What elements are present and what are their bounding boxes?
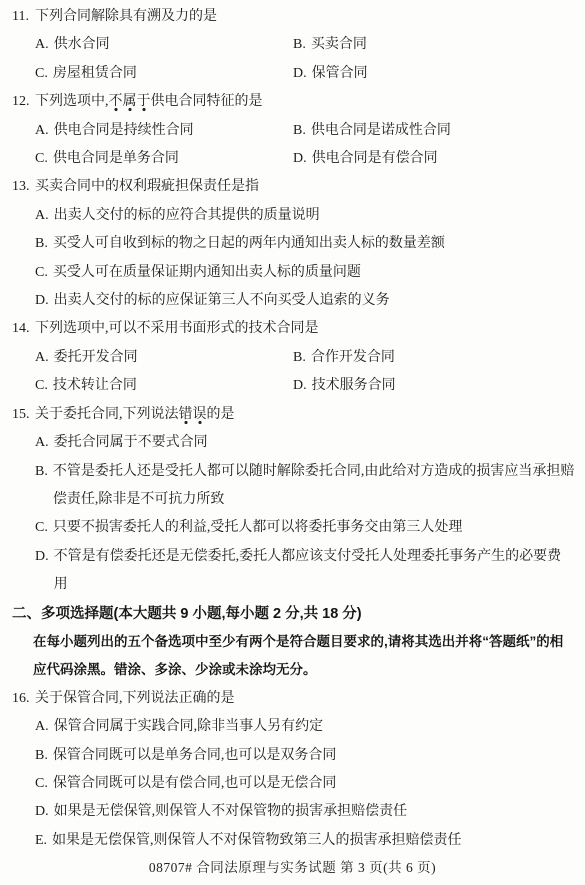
option-label: A. <box>35 202 49 230</box>
options: A.供水合同B.买卖合同C.房屋租赁合同D.保管合同 <box>12 31 575 88</box>
option-label: B. <box>35 230 48 258</box>
option-label: B. <box>35 742 48 770</box>
option-text: 出卖人交付的标的应保证第三人不向买受人追索的义务 <box>54 287 575 315</box>
stem-part: 供电合同特征的是 <box>151 94 263 109</box>
option-row: C.技术转让合同D.技术服务合同 <box>35 372 575 400</box>
option-label: C. <box>35 372 48 400</box>
option-b: B.不管是委托人还是受托人都可以随时解除委托合同,由此给对方造成的损害应当承担赔… <box>35 458 575 515</box>
option-label: B. <box>293 117 306 145</box>
question-12: 12.下列选项中,不属于供电合同特征的是A.供电合同是持续性合同B.供电合同是诺… <box>12 88 575 173</box>
option-text: 保管合同既可以是有偿合同,也可以是无偿合同 <box>53 770 575 798</box>
stem-part: 关于保管合同,下列说法正确的是 <box>35 691 235 706</box>
option-text: 合作开发合同 <box>311 344 395 372</box>
option-row: C.供电合同是单务合同D.供电合同是有偿合同 <box>35 145 575 173</box>
option-d: D.不管是有偿委托还是无偿委托,委托人都应该支付受托人处理委托事务产生的必要费用 <box>35 543 575 600</box>
options: A.出卖人交付的标的应符合其提供的质量说明B.买受人可自收到标的物之日起的两年内… <box>12 202 575 316</box>
option-text: 只要不损害委托人的利益,受托人都可以将委托事务交由第三人处理 <box>53 514 575 542</box>
question-number: 11. <box>12 3 35 31</box>
option-label: A. <box>35 429 49 457</box>
option-text: 技术服务合同 <box>312 372 396 400</box>
option-text: 买受人可在质量保证期内通知出卖人标的质量问题 <box>53 259 575 287</box>
option-row: A.委托开发合同B.合作开发合同 <box>35 344 575 372</box>
option-text: 如果是无偿保管,则保管人不对保管物的损害承担赔偿责任 <box>54 798 575 826</box>
option-b: B.合作开发合同 <box>293 344 395 372</box>
stem-part: 下列选项中,可以不采用书面形式的技术合同是 <box>35 321 319 336</box>
question-number: 12. <box>12 88 35 116</box>
question-stem: 15.关于委托合同,下列说法错误的是 <box>12 401 575 429</box>
option-label: B. <box>293 344 306 372</box>
option-d: D.技术服务合同 <box>293 372 396 400</box>
option-b: B.保管合同既可以是单务合同,也可以是双务合同 <box>35 742 575 770</box>
option-text: 委托开发合同 <box>54 344 293 372</box>
option-label: C. <box>35 145 48 173</box>
question-13: 13.买卖合同中的权利瑕疵担保责任是指A.出卖人交付的标的应符合其提供的质量说明… <box>12 173 575 315</box>
question-11: 11.下列合同解除具有溯及力的是A.供水合同B.买卖合同C.房屋租赁合同D.保管… <box>12 3 575 88</box>
option-a: A.出卖人交付的标的应符合其提供的质量说明 <box>35 202 575 230</box>
option-text: 保管合同 <box>312 60 368 88</box>
question-number: 15. <box>12 401 35 429</box>
question-14: 14.下列选项中,可以不采用书面形式的技术合同是A.委托开发合同B.合作开发合同… <box>12 315 575 400</box>
question-number: 14. <box>12 315 35 343</box>
options: A.供电合同是持续性合同B.供电合同是诺成性合同C.供电合同是单务合同D.供电合… <box>12 117 575 174</box>
option-text: 出卖人交付的标的应符合其提供的质量说明 <box>54 202 575 230</box>
option-label: E. <box>35 827 47 855</box>
option-a: A.委托合同属于不要式合同 <box>35 429 575 457</box>
option-row: A.供电合同是持续性合同B.供电合同是诺成性合同 <box>35 117 575 145</box>
page-footer: 08707# 合同法原理与实务试题 第 3 页(共 6 页) <box>0 856 585 876</box>
option-text: 房屋租赁合同 <box>53 60 293 88</box>
option-d: D.出卖人交付的标的应保证第三人不向买受人追索的义务 <box>35 287 575 315</box>
option-text: 不管是有偿委托还是无偿委托,委托人都应该支付受托人处理委托事务产生的必要费用 <box>54 543 575 600</box>
option-label: C. <box>35 770 48 798</box>
question-stem-text: 买卖合同中的权利瑕疵担保责任是指 <box>35 173 575 201</box>
option-text: 买受人可自收到标的物之日起的两年内通知出卖人标的数量差额 <box>53 230 575 258</box>
option-d: D.如果是无偿保管,则保管人不对保管物的损害承担赔偿责任 <box>35 798 575 826</box>
option-label: D. <box>293 60 307 88</box>
option-text: 保管合同属于实践合同,除非当事人另有约定 <box>54 713 575 741</box>
stem-part: 下列合同解除具有溯及力的是 <box>35 9 217 24</box>
option-a: A.委托开发合同 <box>35 344 293 372</box>
option-label: C. <box>35 514 48 542</box>
option-text: 供电合同是单务合同 <box>53 145 293 173</box>
options: A.委托合同属于不要式合同B.不管是委托人还是受托人都可以随时解除委托合同,由此… <box>12 429 575 599</box>
option-text: 供水合同 <box>54 31 293 59</box>
option-label: A. <box>35 31 49 59</box>
question-stem: 16.关于保管合同,下列说法正确的是 <box>12 685 575 713</box>
question-stem: 14.下列选项中,可以不采用书面形式的技术合同是 <box>12 315 575 343</box>
option-b: B.买受人可自收到标的物之日起的两年内通知出卖人标的数量差额 <box>35 230 575 258</box>
option-a: A.供电合同是持续性合同 <box>35 117 293 145</box>
option-row: C.房屋租赁合同D.保管合同 <box>35 60 575 88</box>
option-text: 买卖合同 <box>311 31 367 59</box>
options: A.委托开发合同B.合作开发合同C.技术转让合同D.技术服务合同 <box>12 344 575 401</box>
emphasized-text: 不属于 <box>109 94 151 112</box>
question-number: 16. <box>12 685 35 713</box>
question-stem-text: 关于委托合同,下列说法错误的是 <box>35 401 575 429</box>
option-row: A.供水合同B.买卖合同 <box>35 31 575 59</box>
question-stem-text: 关于保管合同,下列说法正确的是 <box>35 685 575 713</box>
option-a: A.保管合同属于实践合同,除非当事人另有约定 <box>35 713 575 741</box>
option-label: C. <box>35 60 48 88</box>
options: A.保管合同属于实践合同,除非当事人另有约定B.保管合同既可以是单务合同,也可以… <box>12 713 575 855</box>
emphasized-text: 错误 <box>179 407 207 425</box>
question-15: 15.关于委托合同,下列说法错误的是A.委托合同属于不要式合同B.不管是委托人还… <box>12 401 575 600</box>
section-instructions: 在每小题列出的五个备选项中至少有两个是符合题目要求的,请将其选出并将“答题纸”的… <box>12 628 575 685</box>
option-c: C.保管合同既可以是有偿合同,也可以是无偿合同 <box>35 770 575 798</box>
option-text: 供电合同是有偿合同 <box>312 145 438 173</box>
option-label: A. <box>35 344 49 372</box>
option-text: 供电合同是持续性合同 <box>54 117 293 145</box>
option-label: D. <box>35 798 49 826</box>
option-label: C. <box>35 259 48 287</box>
option-label: A. <box>35 117 49 145</box>
option-d: D.供电合同是有偿合同 <box>293 145 438 173</box>
option-label: D. <box>35 543 49 600</box>
option-text: 不管是委托人还是受托人都可以随时解除委托合同,由此给对方造成的损害应当承担赔偿责… <box>53 458 575 515</box>
option-label: D. <box>35 287 49 315</box>
stem-part: 的是 <box>207 407 235 422</box>
option-label: B. <box>293 31 306 59</box>
option-label: A. <box>35 713 49 741</box>
option-label: B. <box>35 458 48 515</box>
question-stem: 13.买卖合同中的权利瑕疵担保责任是指 <box>12 173 575 201</box>
section-heading: 二、多项选择题(本大题共 9 小题,每小题 2 分,共 18 分) <box>12 600 575 628</box>
option-text: 如果是无偿保管,则保管人不对保管物致第三人的损害承担赔偿责任 <box>52 827 575 855</box>
stem-part: 买卖合同中的权利瑕疵担保责任是指 <box>35 179 259 194</box>
option-text: 技术转让合同 <box>53 372 293 400</box>
stem-part: 下列选项中, <box>35 94 109 109</box>
option-label: D. <box>293 145 307 173</box>
question-stem: 11.下列合同解除具有溯及力的是 <box>12 3 575 31</box>
exam-content: 11.下列合同解除具有溯及力的是A.供水合同B.买卖合同C.房屋租赁合同D.保管… <box>12 3 575 855</box>
question-16: 16.关于保管合同,下列说法正确的是A.保管合同属于实践合同,除非当事人另有约定… <box>12 685 575 855</box>
option-a: A.供水合同 <box>35 31 293 59</box>
question-stem: 12.下列选项中,不属于供电合同特征的是 <box>12 88 575 116</box>
exam-page: 11.下列合同解除具有溯及力的是A.供水合同B.买卖合同C.房屋租赁合同D.保管… <box>0 0 585 885</box>
option-c: C.只要不损害委托人的利益,受托人都可以将委托事务交由第三人处理 <box>35 514 575 542</box>
option-e: E.如果是无偿保管,则保管人不对保管物致第三人的损害承担赔偿责任 <box>35 827 575 855</box>
option-c: C.买受人可在质量保证期内通知出卖人标的质量问题 <box>35 259 575 287</box>
option-c: C.供电合同是单务合同 <box>35 145 293 173</box>
option-c: C.技术转让合同 <box>35 372 293 400</box>
option-label: D. <box>293 372 307 400</box>
question-stem-text: 下列合同解除具有溯及力的是 <box>35 3 575 31</box>
option-text: 供电合同是诺成性合同 <box>311 117 451 145</box>
question-number: 13. <box>12 173 35 201</box>
option-text: 保管合同既可以是单务合同,也可以是双务合同 <box>53 742 575 770</box>
option-b: B.买卖合同 <box>293 31 367 59</box>
question-stem-text: 下列选项中,不属于供电合同特征的是 <box>35 88 575 116</box>
stem-part: 关于委托合同,下列说法 <box>35 407 179 422</box>
question-stem-text: 下列选项中,可以不采用书面形式的技术合同是 <box>35 315 575 343</box>
option-c: C.房屋租赁合同 <box>35 60 293 88</box>
option-d: D.保管合同 <box>293 60 368 88</box>
option-text: 委托合同属于不要式合同 <box>54 429 575 457</box>
option-b: B.供电合同是诺成性合同 <box>293 117 451 145</box>
